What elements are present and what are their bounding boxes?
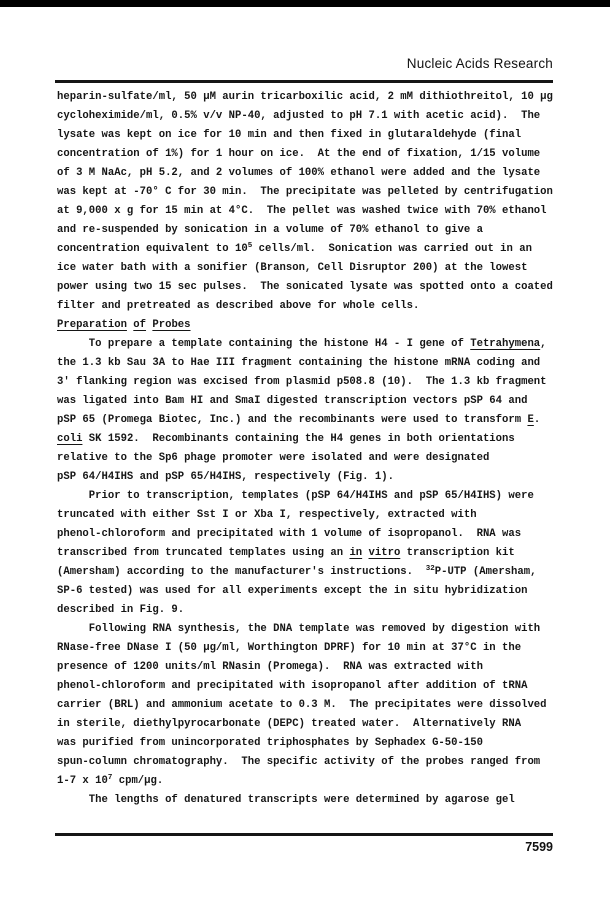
journal-title: Nucleic Acids Research [407, 56, 553, 71]
text-line: concentration equivalent to 105 cells/ml… [57, 240, 567, 259]
text-line: concentration of 1%) for 1 hour on ice. … [57, 145, 567, 164]
text-line: SP-6 tested) was used for all experiment… [57, 582, 567, 601]
text-line: carrier (BRL) and ammonium acetate to 0.… [57, 696, 567, 715]
page-number: 7599 [525, 840, 553, 854]
text-line: coli SK 1592. Recombinants containing th… [57, 430, 567, 449]
text-line: was ligated into Bam HI and SmaI digeste… [57, 392, 567, 411]
text-line: of 3 M NaAc, pH 5.2, and 2 volumes of 10… [57, 164, 567, 183]
page-body-text: heparin-sulfate/ml, 50 μM aurin tricarbo… [57, 88, 567, 810]
section-heading: Preparation of Probes [57, 316, 567, 335]
text-line: lysate was kept on ice for 10 min and th… [57, 126, 567, 145]
text-line: pSP 64/H4IHS and pSP 65/H4IHS, respectiv… [57, 468, 567, 487]
text-line: the 1.3 kb Sau 3A to Hae III fragment co… [57, 354, 567, 373]
text-line: was kept at -70° C for 30 min. The preci… [57, 183, 567, 202]
scan-edge-artifact [0, 0, 610, 7]
text-line: phenol-chloroform and precipitated with … [57, 677, 567, 696]
text-line: transcribed from truncated templates usi… [57, 544, 567, 563]
footer-rule [55, 833, 553, 836]
text-line: relative to the Sp6 phage promoter were … [57, 449, 567, 468]
journal-page: Nucleic Acids Research heparin-sulfate/m… [0, 0, 610, 917]
text-line: cycloheximide/ml, 0.5% v/v NP-40, adjust… [57, 107, 567, 126]
text-line: pSP 65 (Promega Biotec, Inc.) and the re… [57, 411, 567, 430]
text-line: filter and pretreated as described above… [57, 297, 567, 316]
text-line: Prior to transcription, templates (pSP 6… [57, 487, 567, 506]
text-line: at 9,000 x g for 15 min at 4°C. The pell… [57, 202, 567, 221]
text-line: presence of 1200 units/ml RNasin (Promeg… [57, 658, 567, 677]
text-line: was purified from unincorporated triphos… [57, 734, 567, 753]
text-line: and re-suspended by sonication in a volu… [57, 221, 567, 240]
header-rule [55, 80, 553, 83]
text-line: The lengths of denatured transcripts wer… [57, 791, 567, 810]
text-line: phenol-chloroform and precipitated with … [57, 525, 567, 544]
text-line: spun-column chromatography. The specific… [57, 753, 567, 772]
text-line: heparin-sulfate/ml, 50 μM aurin tricarbo… [57, 88, 567, 107]
text-line: RNase-free DNase I (50 μg/ml, Worthingto… [57, 639, 567, 658]
text-line: described in Fig. 9. [57, 601, 567, 620]
text-line: To prepare a template containing the his… [57, 335, 567, 354]
text-line: 3' flanking region was excised from plas… [57, 373, 567, 392]
text-line: (Amersham) according to the manufacturer… [57, 563, 567, 582]
text-line: truncated with either Sst I or Xba I, re… [57, 506, 567, 525]
text-line: 1-7 x 107 cpm/μg. [57, 772, 567, 791]
text-line: ice water bath with a sonifier (Branson,… [57, 259, 567, 278]
text-line: Following RNA synthesis, the DNA templat… [57, 620, 567, 639]
text-line: in sterile, diethylpyrocarbonate (DEPC) … [57, 715, 567, 734]
text-line: power using two 15 sec pulses. The sonic… [57, 278, 567, 297]
